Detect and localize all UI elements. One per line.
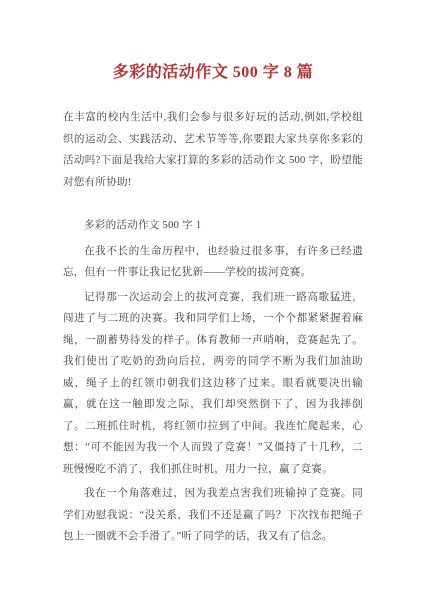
document-page: 多彩的活动作文 500 字 8 篇 在丰富的校内生活中,我们会参与很多好玩的活动… [0, 0, 424, 600]
section-heading: 多彩的活动作文 500 字 1 [63, 215, 363, 237]
essay-paragraph-1: 在我不长的生命历程中，也经验过很多事，有许多已经遗忘，但有一件事让我记忆犹新——… [63, 241, 363, 284]
intro-paragraph: 在丰富的校内生活中,我们会参与很多好玩的活动,例如,学校组织的运动会、实践活动、… [63, 107, 363, 193]
essay-paragraph-3: 我在一个角落难过，因为我差点害我们班输掉了竞赛。同学们劝慰我说：“没关系，我们不… [63, 483, 363, 548]
document-content: 多彩的活动作文 500 字 8 篇 在丰富的校内生活中,我们会参与很多好玩的活动… [0, 0, 424, 548]
essay-paragraph-2: 记得那一次运动会上的拔河竞赛，我们班一路高歌猛进，闯进了与二班的决赛。我和同学们… [63, 287, 363, 481]
document-title: 多彩的活动作文 500 字 8 篇 [63, 60, 363, 86]
